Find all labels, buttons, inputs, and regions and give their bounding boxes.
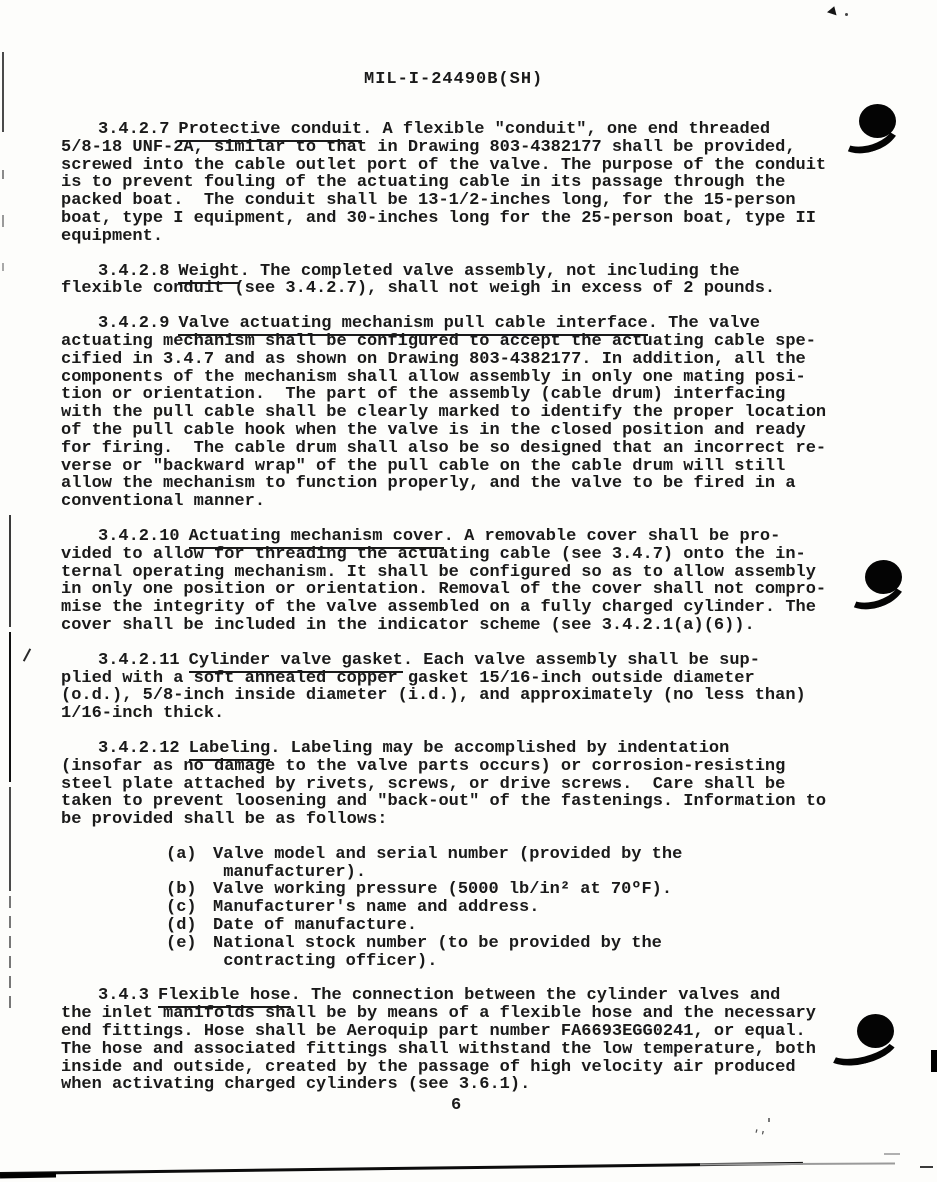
list-item-label: (a) xyxy=(166,846,213,882)
scan-edge-line-left-top xyxy=(2,52,4,132)
list-item-b: (b) Valve working pressure (5000 lb/in² … xyxy=(61,881,876,899)
section-heading-line: 3.4.2.7Protective conduit. A flexible "c… xyxy=(61,121,876,139)
list-item-label: (c) xyxy=(166,899,213,917)
section-heading-line: 3.4.2.10Actuating mechanism cover. A rem… xyxy=(61,528,876,546)
section-heading-line: 3.4.2.8Weight. The completed valve assem… xyxy=(61,263,876,281)
section-body-text: plied with a soft annealed copper gasket… xyxy=(61,670,876,723)
scan-speck-dash xyxy=(884,1153,900,1155)
scan-edge-nub-bottom-left xyxy=(0,1173,56,1179)
scan-speck-dash xyxy=(920,1166,933,1168)
list-item-text: National stock number (to be provided by… xyxy=(213,935,662,971)
section-3-4-2-7: 3.4.2.7Protective conduit. A flexible "c… xyxy=(61,121,876,246)
scan-edge-dash xyxy=(2,263,4,271)
page-number: 6 xyxy=(451,1096,461,1115)
section-lead-text: . Each valve assembly shall be sup- xyxy=(403,651,760,670)
section-body-text: the inlet manifolds shall be by means of… xyxy=(61,1005,876,1094)
scan-edge-line-left-dashed xyxy=(9,896,11,1012)
scan-edge-line-left xyxy=(9,632,11,782)
scan-edge-line-left xyxy=(9,515,11,627)
section-lead-text: . The valve xyxy=(648,314,760,333)
section-number: 3.4.2.9 xyxy=(98,314,169,333)
hole-punch-mark-middle xyxy=(858,560,902,600)
scan-speck-top-right xyxy=(827,5,839,16)
section-lead-text: . The completed valve assembly, not incl… xyxy=(240,262,740,281)
section-number: 3.4.2.10 xyxy=(98,527,180,546)
list-item-text: Valve model and serial number (provided … xyxy=(213,846,682,882)
labeling-information-list: (a) Valve model and serial number (provi… xyxy=(61,846,876,971)
section-number: 3.4.2.11 xyxy=(98,651,180,670)
section-3-4-2-10: 3.4.2.10Actuating mechanism cover. A rem… xyxy=(61,528,876,635)
section-number: 3.4.2.12 xyxy=(98,739,180,758)
section-3-4-2-11: 3.4.2.11Cylinder valve gasket. Each valv… xyxy=(61,652,876,723)
scan-edge-bar-right xyxy=(931,1050,937,1072)
section-body-text: vided to allow for threading the actuati… xyxy=(61,546,876,635)
hole-punch-mark-bottom xyxy=(850,1014,894,1054)
list-item-label: (d) xyxy=(166,917,213,935)
section-body-text: flexible conduit (see 3.4.2.7), shall no… xyxy=(61,280,876,298)
list-item-text: Valve working pressure (5000 lb/in² at 7… xyxy=(213,881,672,899)
list-item-a: (a) Valve model and serial number (provi… xyxy=(61,846,876,882)
document-body: 3.4.2.7Protective conduit. A flexible "c… xyxy=(61,121,876,1094)
section-lead-text: . Labeling may be accomplished by indent… xyxy=(270,739,729,758)
scan-tick-marks: ′′ xyxy=(751,1129,767,1144)
section-heading-line: 3.4.2.11Cylinder valve gasket. Each valv… xyxy=(61,652,876,670)
list-item-label: (b) xyxy=(166,881,213,899)
scan-speck xyxy=(768,1118,770,1122)
section-number: 3.4.2.7 xyxy=(98,120,169,139)
section-lead-text: . A flexible "conduit", one end threaded xyxy=(362,120,770,139)
section-3-4-2-12: 3.4.2.12Labeling. Labeling may be accomp… xyxy=(61,740,876,829)
scan-speck-dot xyxy=(845,13,848,16)
section-body-text: 5/8-18 UNF-2A, similar to that in Drawin… xyxy=(61,139,876,246)
scan-edge-dash xyxy=(2,170,4,179)
section-lead-text: . A removable cover shall be pro- xyxy=(444,527,781,546)
scan-edge-line-left xyxy=(9,787,11,891)
section-3-4-2-8: 3.4.2.8Weight. The completed valve assem… xyxy=(61,263,876,299)
section-heading-line: 3.4.2.12Labeling. Labeling may be accomp… xyxy=(61,740,876,758)
list-item-e: (e) National stock number (to be provide… xyxy=(61,935,876,971)
section-body-text: (insofar as no damage to the valve parts… xyxy=(61,758,876,829)
section-heading-line: 3.4.3Flexible hose. The connection betwe… xyxy=(61,987,876,1005)
list-item-label: (e) xyxy=(166,935,213,971)
section-3-4-2-9: 3.4.2.9Valve actuating mechanism pull ca… xyxy=(61,315,876,511)
section-lead-text: . The connection between the cylinder va… xyxy=(291,986,781,1005)
list-item-d: (d) Date of manufacture. xyxy=(61,917,876,935)
scan-stray-mark xyxy=(23,648,31,661)
document-page: MIL-I-24490B(SH) 3.4.2.7Protective condu… xyxy=(0,0,937,1182)
section-3-4-3: 3.4.3Flexible hose. The connection betwe… xyxy=(61,987,876,1094)
hole-punch-mark-top xyxy=(852,104,896,144)
scan-edge-line-bottom-faint xyxy=(700,1162,895,1165)
hole-punch-dot xyxy=(859,104,896,138)
scan-edge-line-bottom xyxy=(0,1162,803,1175)
scan-edge-dash xyxy=(2,215,4,227)
section-heading-line: 3.4.2.9Valve actuating mechanism pull ca… xyxy=(61,315,876,333)
hole-punch-dot xyxy=(857,1014,894,1048)
section-body-text: actuating mechanism shall be configured … xyxy=(61,333,876,511)
list-item-text: Date of manufacture. xyxy=(213,917,417,935)
section-number: 3.4.2.8 xyxy=(98,262,169,281)
document-id-header: MIL-I-24490B(SH) xyxy=(364,70,543,89)
list-item-c: (c) Manufacturer's name and address. xyxy=(61,899,876,917)
list-item-text: Manufacturer's name and address. xyxy=(213,899,539,917)
section-number: 3.4.3 xyxy=(98,986,149,1005)
hole-punch-dot xyxy=(865,560,902,594)
